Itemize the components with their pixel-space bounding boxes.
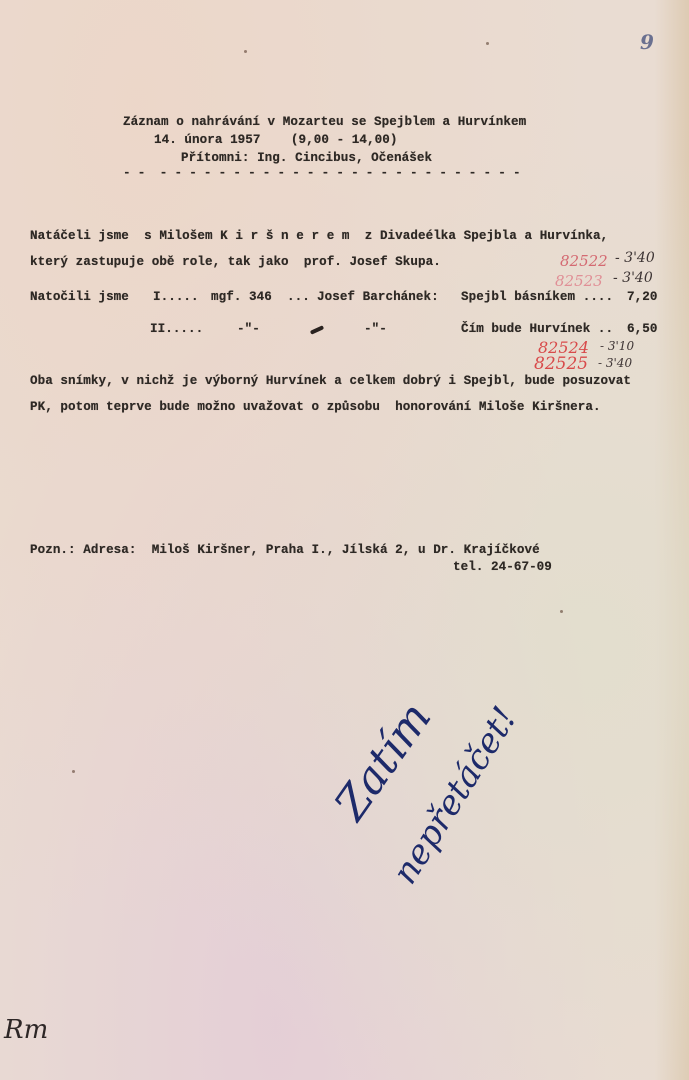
red-archive-number: 82522 bbox=[560, 252, 608, 270]
paragraph-2-line-2: PK, potom teprve bude možno uvažovat o z… bbox=[30, 400, 601, 414]
recording-number: I..... bbox=[153, 290, 199, 304]
document-date: 14. února 1957 (9,00 - 14,00) bbox=[154, 133, 397, 147]
paper-speck bbox=[486, 42, 489, 45]
recording-tape: mgf. 346 bbox=[211, 290, 272, 304]
recording-tape: -"- bbox=[237, 322, 260, 336]
paper-speck bbox=[560, 610, 563, 613]
paper-speck bbox=[72, 770, 75, 773]
paragraph-1-line-1: Natáčeli jsme s Milošem K i r š n e r e … bbox=[30, 229, 608, 243]
header-separator: - - - - - - - - - - - - - - - - - - - - … bbox=[123, 166, 520, 180]
annotation-duration: - 3'10 bbox=[600, 339, 634, 353]
pen-stroke-mark bbox=[310, 325, 324, 335]
page-number-mark: 9 bbox=[640, 30, 654, 54]
recording-duration: 6,50 bbox=[627, 322, 657, 336]
present-persons: Přítomni: Ing. Cincibus, Očenášek bbox=[181, 151, 432, 165]
red-archive-number: 82525 bbox=[534, 354, 588, 374]
recording-title: Čím bude Hurvínek .. bbox=[461, 322, 613, 336]
document-title: Záznam o nahrávání v Mozarteu se Spejble… bbox=[123, 115, 526, 129]
initials: Rm bbox=[4, 1015, 48, 1045]
recording-duration: 7,20 bbox=[627, 290, 657, 304]
red-archive-number: 82523 bbox=[555, 272, 603, 290]
recording-author: -"- bbox=[364, 322, 387, 336]
annotation-duration: - 3'40 bbox=[613, 270, 653, 286]
paper-speck bbox=[244, 50, 247, 53]
recording-number: II..... bbox=[150, 322, 203, 336]
annotation-duration: - 3'40 bbox=[615, 250, 655, 266]
recording-sep: ... bbox=[287, 290, 310, 304]
recording-title: Spejbl básníkem .... bbox=[461, 290, 613, 304]
annotation-duration: - 3'40 bbox=[598, 356, 632, 370]
paragraph-1-line-2: který zastupuje obě role, tak jako prof.… bbox=[30, 255, 441, 269]
recordings-intro: Natočili jsme bbox=[30, 290, 129, 304]
recording-author: Josef Barchánek: bbox=[317, 290, 439, 304]
paragraph-2-line-1: Oba snímky, v nichž je výborný Hurvínek … bbox=[30, 374, 631, 388]
